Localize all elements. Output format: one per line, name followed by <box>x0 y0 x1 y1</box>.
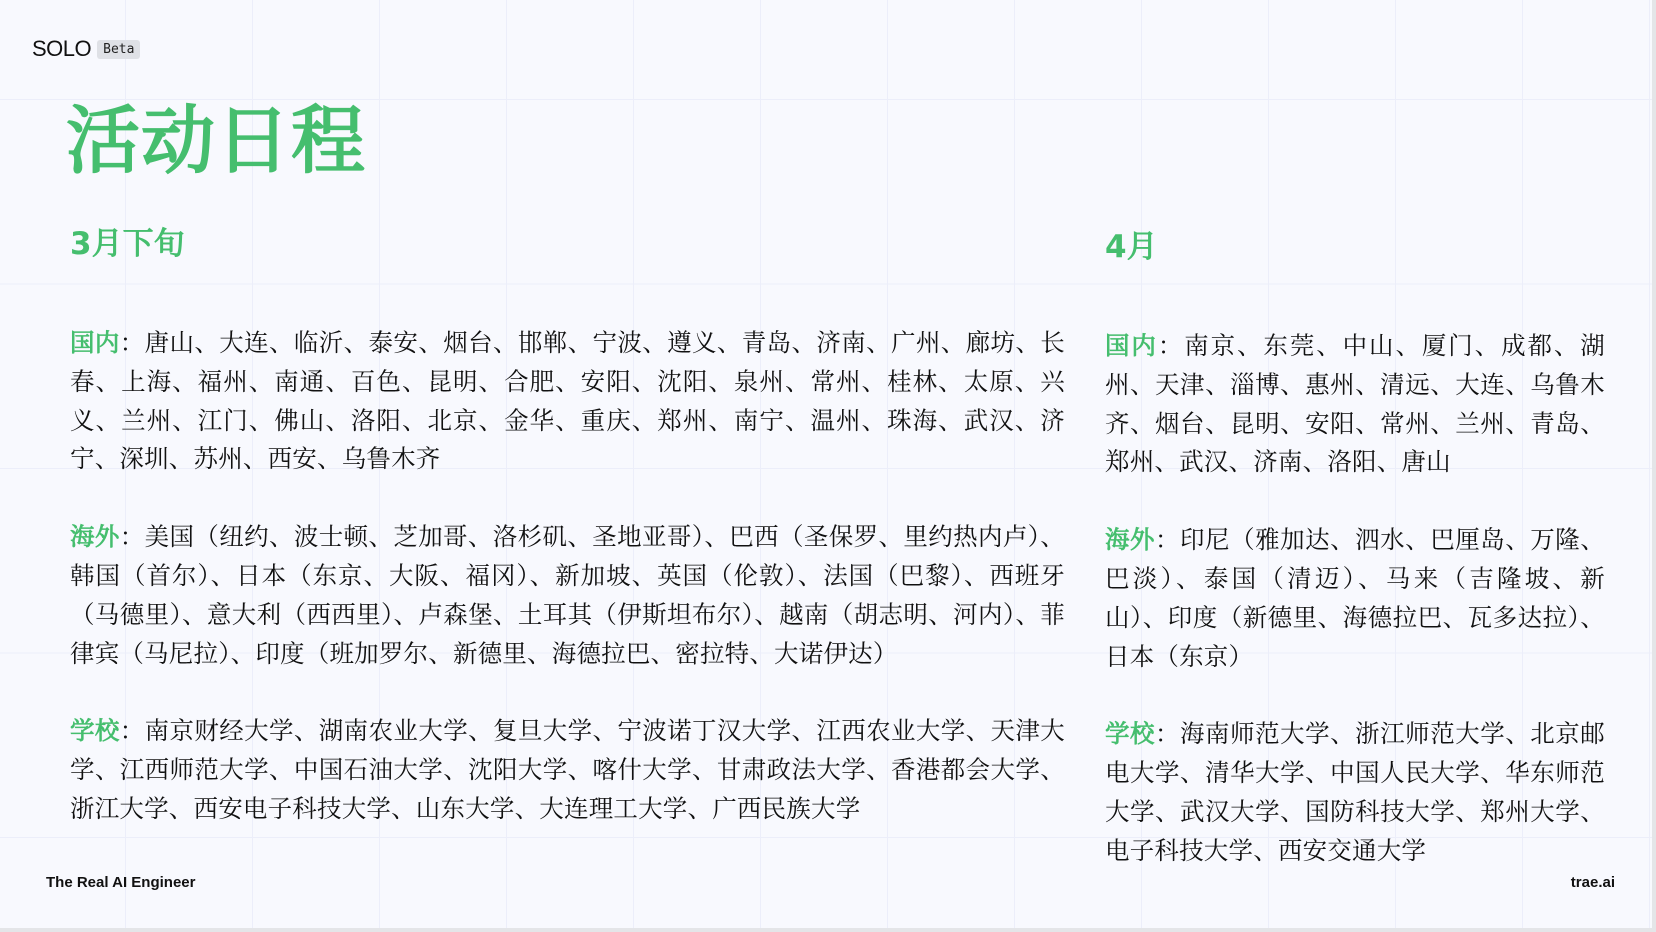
march-schools: 学校：南京财经大学、湖南农业大学、复旦大学、宁波诺丁汉大学、江西农业大学、天津大… <box>70 712 1065 828</box>
april-domestic: 国内：南京、东莞、中山、厦门、成都、湖州、天津、淄博、惠州、清远、大连、乌鲁木齐… <box>1105 327 1605 482</box>
march-column: 3月下旬 国内：唐山、大连、临沂、泰安、烟台、邯郸、宁波、遵义、青岛、济南、广州… <box>70 222 1065 868</box>
march-schools-text: ：南京财经大学、湖南农业大学、复旦大学、宁波诺丁汉大学、江西农业大学、天津大学、… <box>70 716 1065 823</box>
april-overseas-text: ：印尼（雅加达、泗水、巴厘岛、万隆、巴淡）、泰国（清迈）、马来（吉隆坡、新山）、… <box>1105 525 1605 670</box>
april-heading: 4月 <box>1105 225 1605 269</box>
april-domestic-label: 国内 <box>1105 331 1158 360</box>
april-schools: 学校：海南师范大学、浙江师范大学、北京邮电大学、清华大学、中国人民大学、华东师范… <box>1105 715 1605 870</box>
april-schools-label: 学校 <box>1105 719 1155 748</box>
march-overseas-label: 海外 <box>70 522 120 551</box>
april-overseas: 海外：印尼（雅加达、泗水、巴厘岛、万隆、巴淡）、泰国（清迈）、马来（吉隆坡、新山… <box>1105 521 1605 676</box>
logo: SOLO Beta <box>32 36 140 62</box>
page-title: 活动日程 <box>66 96 366 186</box>
march-heading: 3月下旬 <box>70 222 1065 266</box>
beta-badge: Beta <box>97 40 140 59</box>
footer-site: trae.ai <box>1571 874 1615 891</box>
march-overseas: 海外：美国（纽约、波士顿、芝加哥、洛杉矶、圣地亚哥）、巴西（圣保罗、里约热内卢）… <box>70 518 1065 673</box>
march-domestic-text: ：唐山、大连、临沂、泰安、烟台、邯郸、宁波、遵义、青岛、济南、广州、廊坊、长春、… <box>70 328 1065 473</box>
march-domestic: 国内：唐山、大连、临沂、泰安、烟台、邯郸、宁波、遵义、青岛、济南、广州、廊坊、长… <box>70 324 1065 479</box>
april-domestic-text: ：南京、东莞、中山、厦门、成都、湖州、天津、淄博、惠州、清远、大连、乌鲁木齐、烟… <box>1105 331 1605 476</box>
logo-text: SOLO <box>32 36 91 62</box>
april-overseas-label: 海外 <box>1105 525 1155 554</box>
march-overseas-text: ：美国（纽约、波士顿、芝加哥、洛杉矶、圣地亚哥）、巴西（圣保罗、里约热内卢）、韩… <box>70 522 1065 667</box>
footer-tagline: The Real AI Engineer <box>46 874 195 891</box>
april-schools-text: ：海南师范大学、浙江师范大学、北京邮电大学、清华大学、中国人民大学、华东师范大学… <box>1105 719 1605 864</box>
march-schools-label: 学校 <box>70 716 120 745</box>
april-column: 4月 国内：南京、东莞、中山、厦门、成都、湖州、天津、淄博、惠州、清远、大连、乌… <box>1105 225 1605 910</box>
march-domestic-label: 国内 <box>70 328 120 357</box>
slide: SOLO Beta 活动日程 3月下旬 国内：唐山、大连、临沂、泰安、烟台、邯郸… <box>0 0 1652 928</box>
